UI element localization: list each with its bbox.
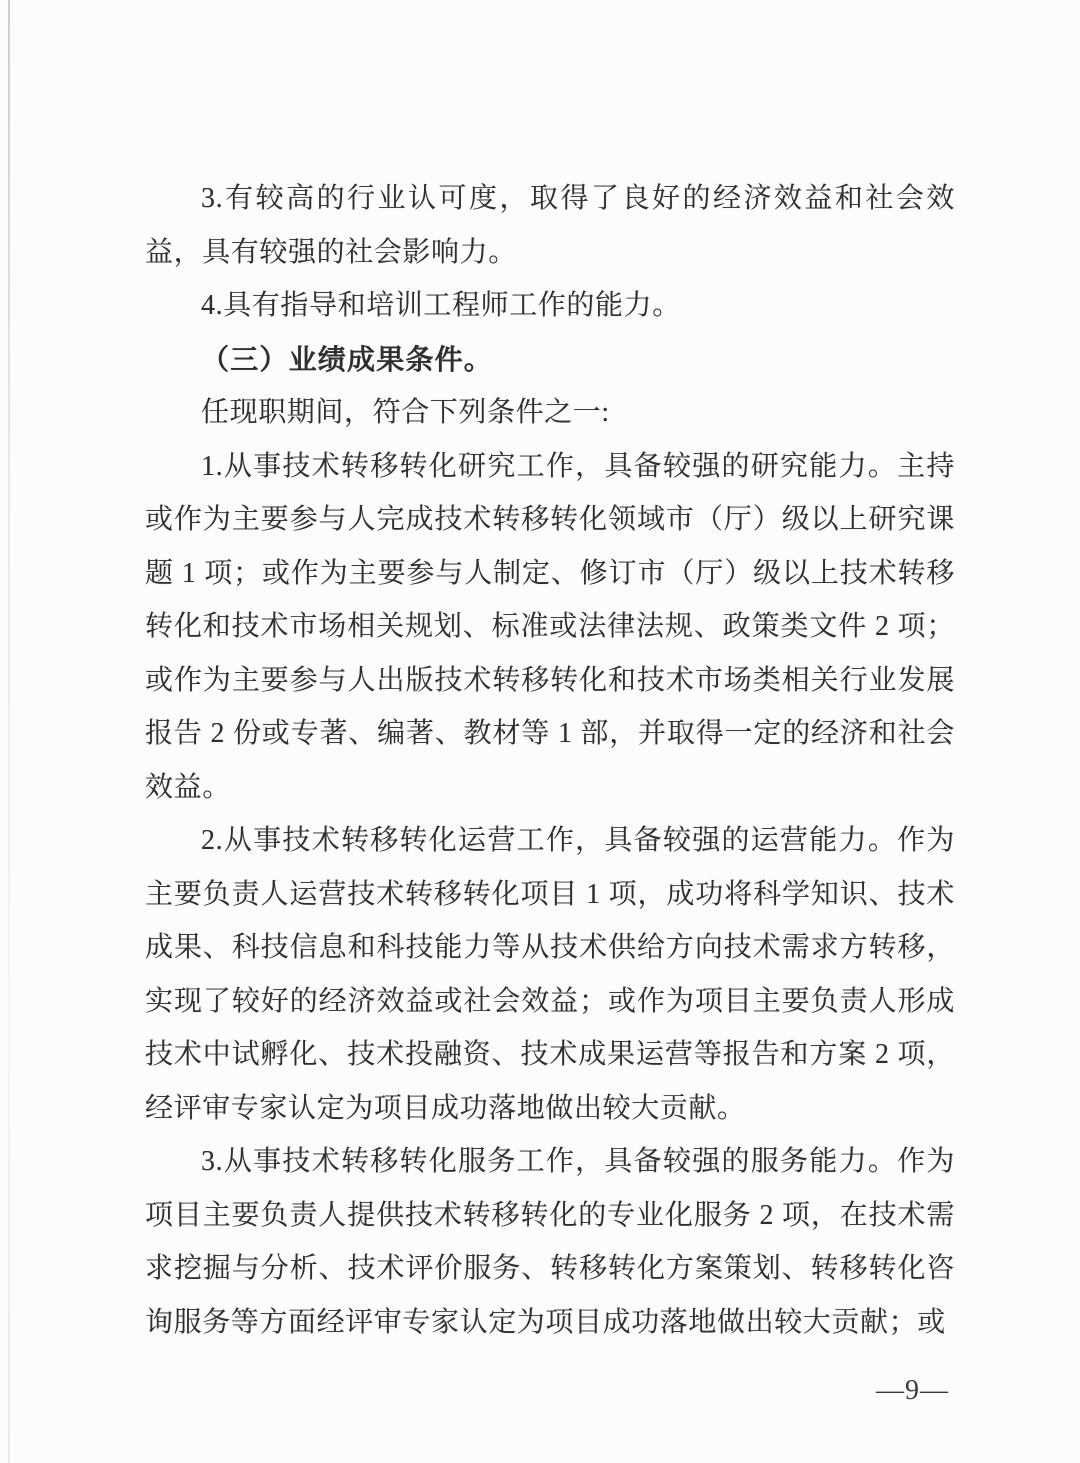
scan-edge-artifact <box>8 0 10 1463</box>
paragraph-condition-1-research: 1.从事技术转移转化研究工作，具备较强的研究能力。主持或作为主要参与人完成技术转… <box>145 440 955 815</box>
paragraph-item-4-ability: 4.具有指导和培训工程师工作的能力。 <box>145 279 955 333</box>
paragraph-item-3-ability: 3.有较高的行业认可度，取得了良好的经济效益和社会效益，具有较强的社会影响力。 <box>145 172 955 279</box>
section-heading-performance-conditions: （三）业绩成果条件。 <box>145 333 955 387</box>
paragraph-condition-3-service: 3.从事技术转移转化服务工作，具备较强的服务能力。作为项目主要负责人提供技术转移… <box>145 1135 955 1349</box>
paragraph-condition-2-operation: 2.从事技术转移转化运营工作，具备较强的运营能力。作为主要负责人运营技术转移转化… <box>145 814 955 1135</box>
page-number: —9— <box>876 1375 949 1407</box>
document-body: 3.有较高的行业认可度，取得了良好的经济效益和社会效益，具有较强的社会影响力。 … <box>145 172 955 1349</box>
document-page: 3.有较高的行业认可度，取得了良好的经济效益和社会效益，具有较强的社会影响力。 … <box>0 0 1080 1463</box>
paragraph-intro-conditions: 任现职期间，符合下列条件之一: <box>145 386 955 440</box>
